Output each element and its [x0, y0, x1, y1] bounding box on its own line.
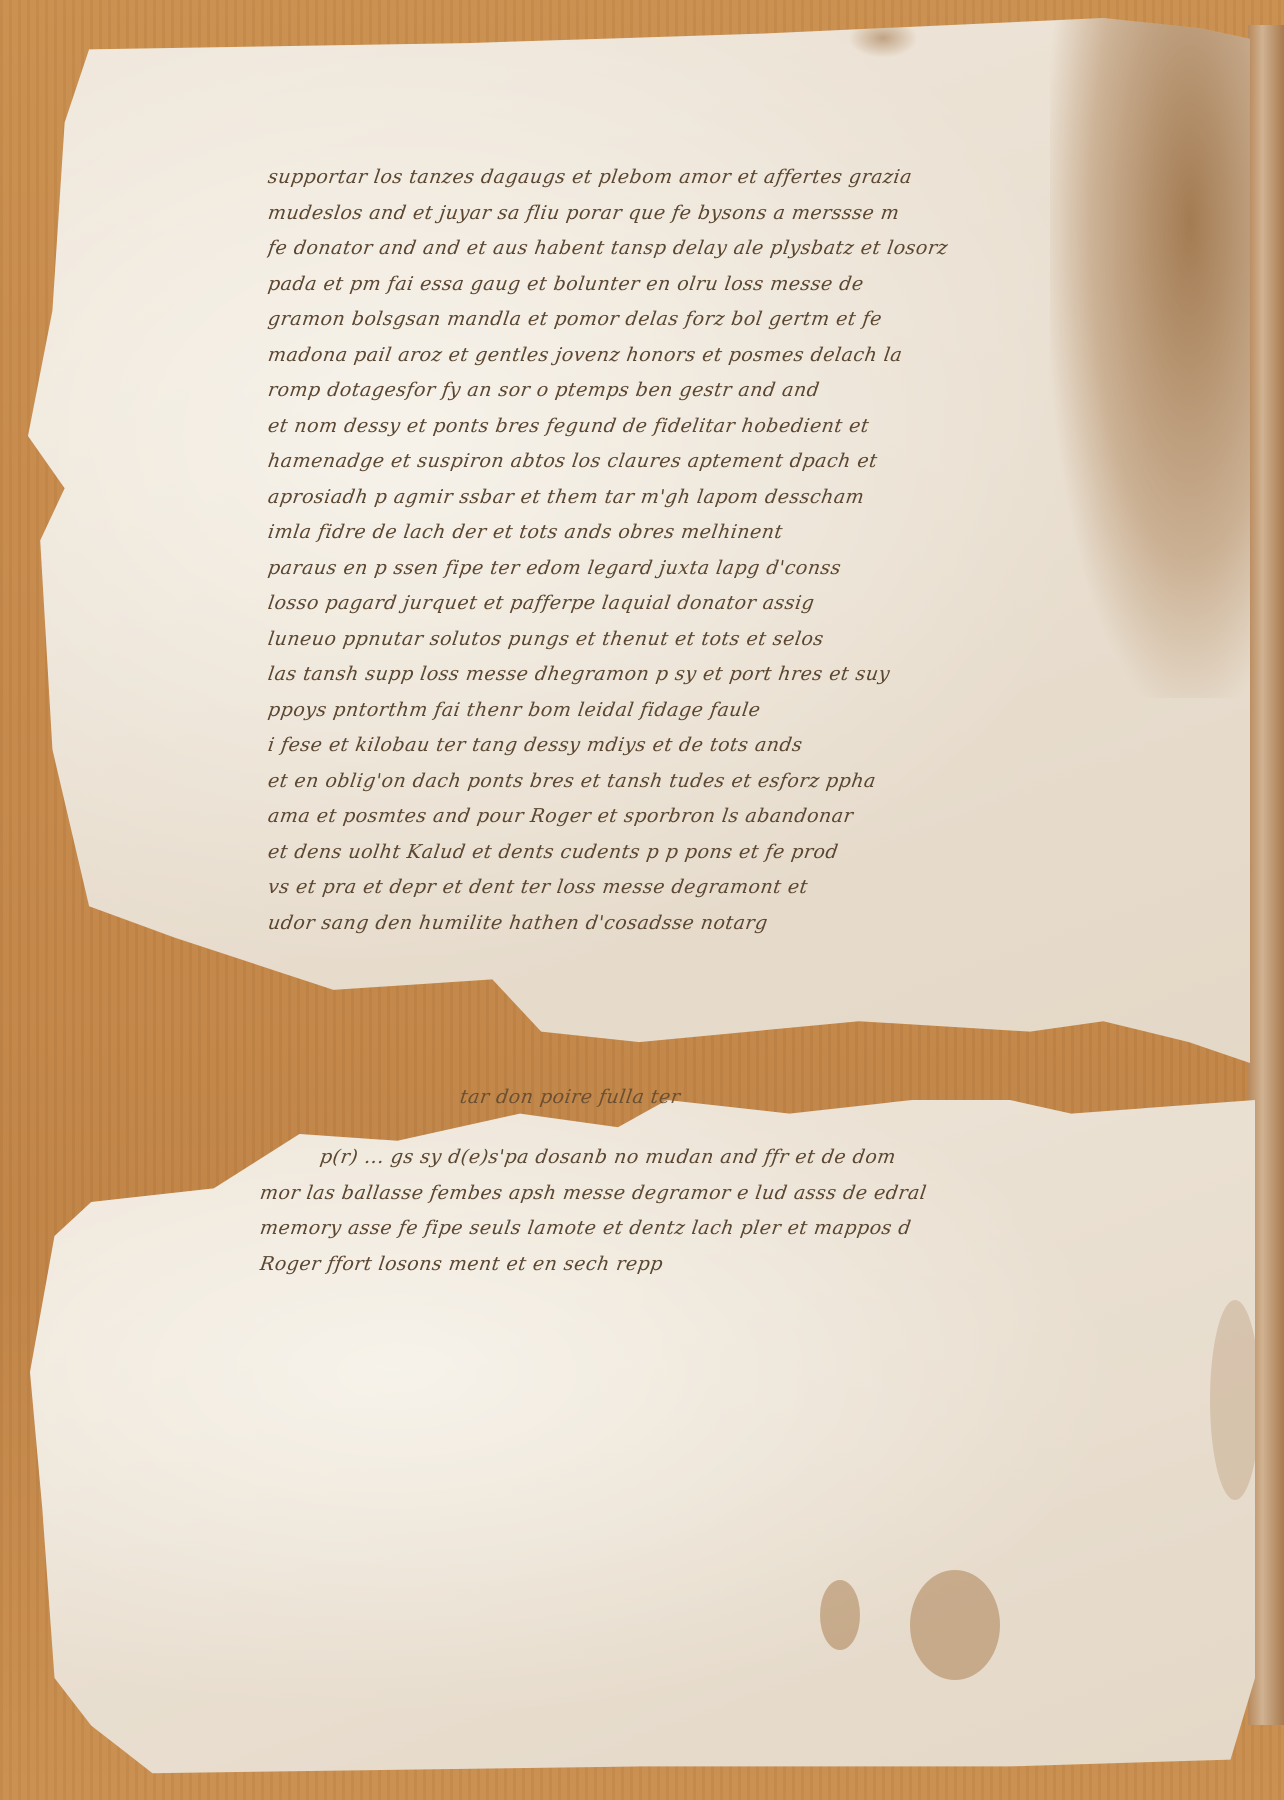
text-line: gramon bolsgsan mandla et pomor delas fo…	[266, 302, 1251, 338]
text-line: udor sang den humilite hathen d'cosadsse…	[266, 906, 1251, 942]
text-line: hamenadge et suspiron abtos los claures …	[266, 444, 1251, 480]
text-line: madona pail aroz et gentles jovenz honor…	[266, 338, 1251, 374]
manuscript-torn-gap-text: tar don poire fulla ter	[460, 1080, 1230, 1116]
text-line: ppoys pntorthm fai thenr bom leidal fida…	[266, 693, 1251, 729]
text-line: Roger ffort losons ment et en sech repp	[258, 1247, 1223, 1283]
water-stain-top	[848, 18, 918, 58]
text-line: pada et pm fai essa gaug et bolunter en …	[266, 267, 1251, 303]
text-line: mor las ballasse fembes apsh messe degra…	[258, 1176, 1223, 1212]
text-line: et en oblig'on dach ponts bres et tansh …	[266, 764, 1251, 800]
water-stain-spot	[820, 1580, 860, 1650]
text-line: vs et pra et depr et dent ter loss messe…	[266, 870, 1251, 906]
text-line: losso pagard jurquet et pafferpe laquial…	[266, 586, 1251, 622]
text-line: mudeslos and et juyar sa fliu porar que …	[266, 196, 1251, 232]
text-line: aprosiadh p agmir ssbar et them tar m'gh…	[266, 480, 1251, 516]
text-line: fe donator and and et aus habent tansp d…	[266, 231, 1251, 267]
text-line: memory asse fe fipe seuls lamote et dent…	[258, 1211, 1223, 1247]
manuscript-main-text: supportar los tanzes dagaugs et plebom a…	[268, 160, 1248, 941]
text-line: las tansh supp loss messe dhegramon p sy…	[266, 657, 1251, 693]
text-line: supportar los tanzes dagaugs et plebom a…	[266, 160, 1251, 196]
text-line: romp dotagesfor fy an sor o ptemps ben g…	[266, 373, 1251, 409]
text-line: paraus en p ssen fipe ter edom legard ju…	[266, 551, 1251, 587]
water-stain-spot	[910, 1570, 1000, 1680]
water-stain-right-edge	[1210, 1300, 1260, 1500]
text-line: p(r) ... gs sy d(e)s'pa dosanb no mudan …	[258, 1140, 1223, 1176]
text-line: et dens uolht Kalud et dents cudents p p…	[266, 835, 1251, 871]
text-line: luneuo ppnutar solutos pungs et thenut e…	[266, 622, 1251, 658]
text-line: tar don poire fulla ter	[458, 1080, 1233, 1116]
text-line: imla fidre de lach der et tots ands obre…	[266, 515, 1251, 551]
manuscript-lower-text: p(r) ... gs sy d(e)s'pa dosanb no mudan …	[260, 1140, 1220, 1282]
text-line: ama et posmtes and pour Roger et sporbro…	[266, 799, 1251, 835]
text-line: et nom dessy et ponts bres fegund de fid…	[266, 409, 1251, 445]
text-line: i fese et kilobau ter tang dessy mdiys e…	[266, 728, 1251, 764]
